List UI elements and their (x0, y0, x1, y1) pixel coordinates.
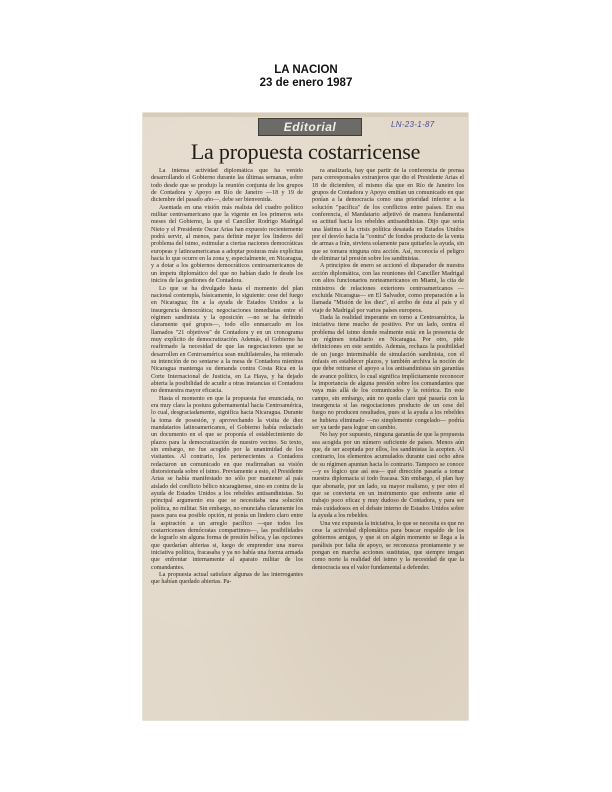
publication-date: 23 de enero 1987 (0, 77, 612, 90)
paragraph: Una vez expuesta la iniciativa, lo que s… (312, 521, 464, 572)
paragraph: La propuesta actual satisface algunas de… (151, 572, 303, 587)
article-headline: La propuesta costarricense (143, 139, 468, 165)
paragraph: Lo que se ha divulgado hasta el momento … (151, 286, 303, 396)
page-header: LA NACION 23 de enero 1987 (0, 64, 612, 90)
paragraph: Dada la realidad imperante en torno a Ce… (312, 315, 464, 433)
paragraph: No hay por supuesto, ninguna garantía de… (312, 432, 464, 520)
paragraph: ra analizarla, hay que partir de la conf… (312, 168, 464, 263)
newspaper-clipping: Editorial LN-23-1-87 La propuesta costar… (143, 113, 468, 720)
article-column-left: La intensa actividad diplomática que ha … (151, 168, 303, 716)
article-body: La intensa actividad diplomática que ha … (151, 168, 464, 716)
paragraph: A principios de enero se accionó el disp… (312, 263, 464, 314)
paragraph: Hasta el momento en que la propuesta fue… (151, 396, 303, 572)
paragraph: Asentada en una visión más realista del … (151, 205, 303, 286)
paragraph: La intensa actividad diplomática que ha … (151, 168, 303, 205)
section-banner: Editorial (258, 118, 362, 136)
publication-name: LA NACION (0, 64, 612, 77)
handwritten-date-note: LN-23-1-87 (391, 120, 434, 129)
article-column-right: ra analizarla, hay que partir de la conf… (312, 168, 464, 716)
clipping-top-edge (143, 113, 468, 117)
